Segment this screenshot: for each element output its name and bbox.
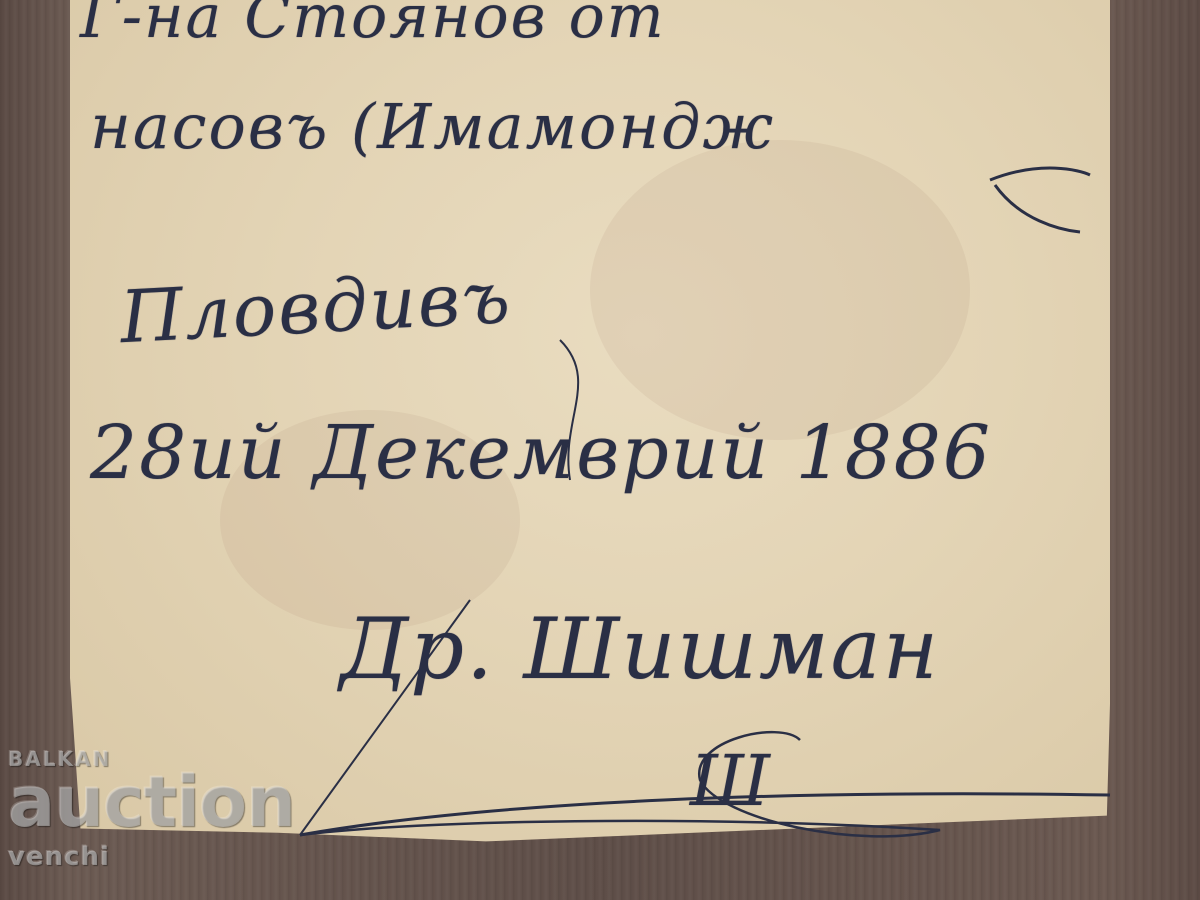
handwritten-signature: Др. Шишман: [340, 600, 940, 698]
handwritten-date: 28ий Декемврий 1886: [90, 410, 992, 496]
date-month: Декемврий: [313, 410, 770, 496]
handwritten-line-2: насовъ (Имамондж: [90, 90, 775, 163]
handwritten-line-1: Г-на Стоянов от: [80, 0, 666, 52]
watermark-brand-main: auction: [8, 770, 295, 834]
paper-stain: [590, 140, 970, 440]
auction-watermark: BALKAN auction venchi: [8, 748, 295, 874]
date-day: 28ий: [90, 410, 287, 496]
date-year: 1886: [796, 410, 992, 496]
handwritten-initial: Ш: [690, 740, 772, 822]
watermark-user: venchi: [8, 840, 295, 874]
